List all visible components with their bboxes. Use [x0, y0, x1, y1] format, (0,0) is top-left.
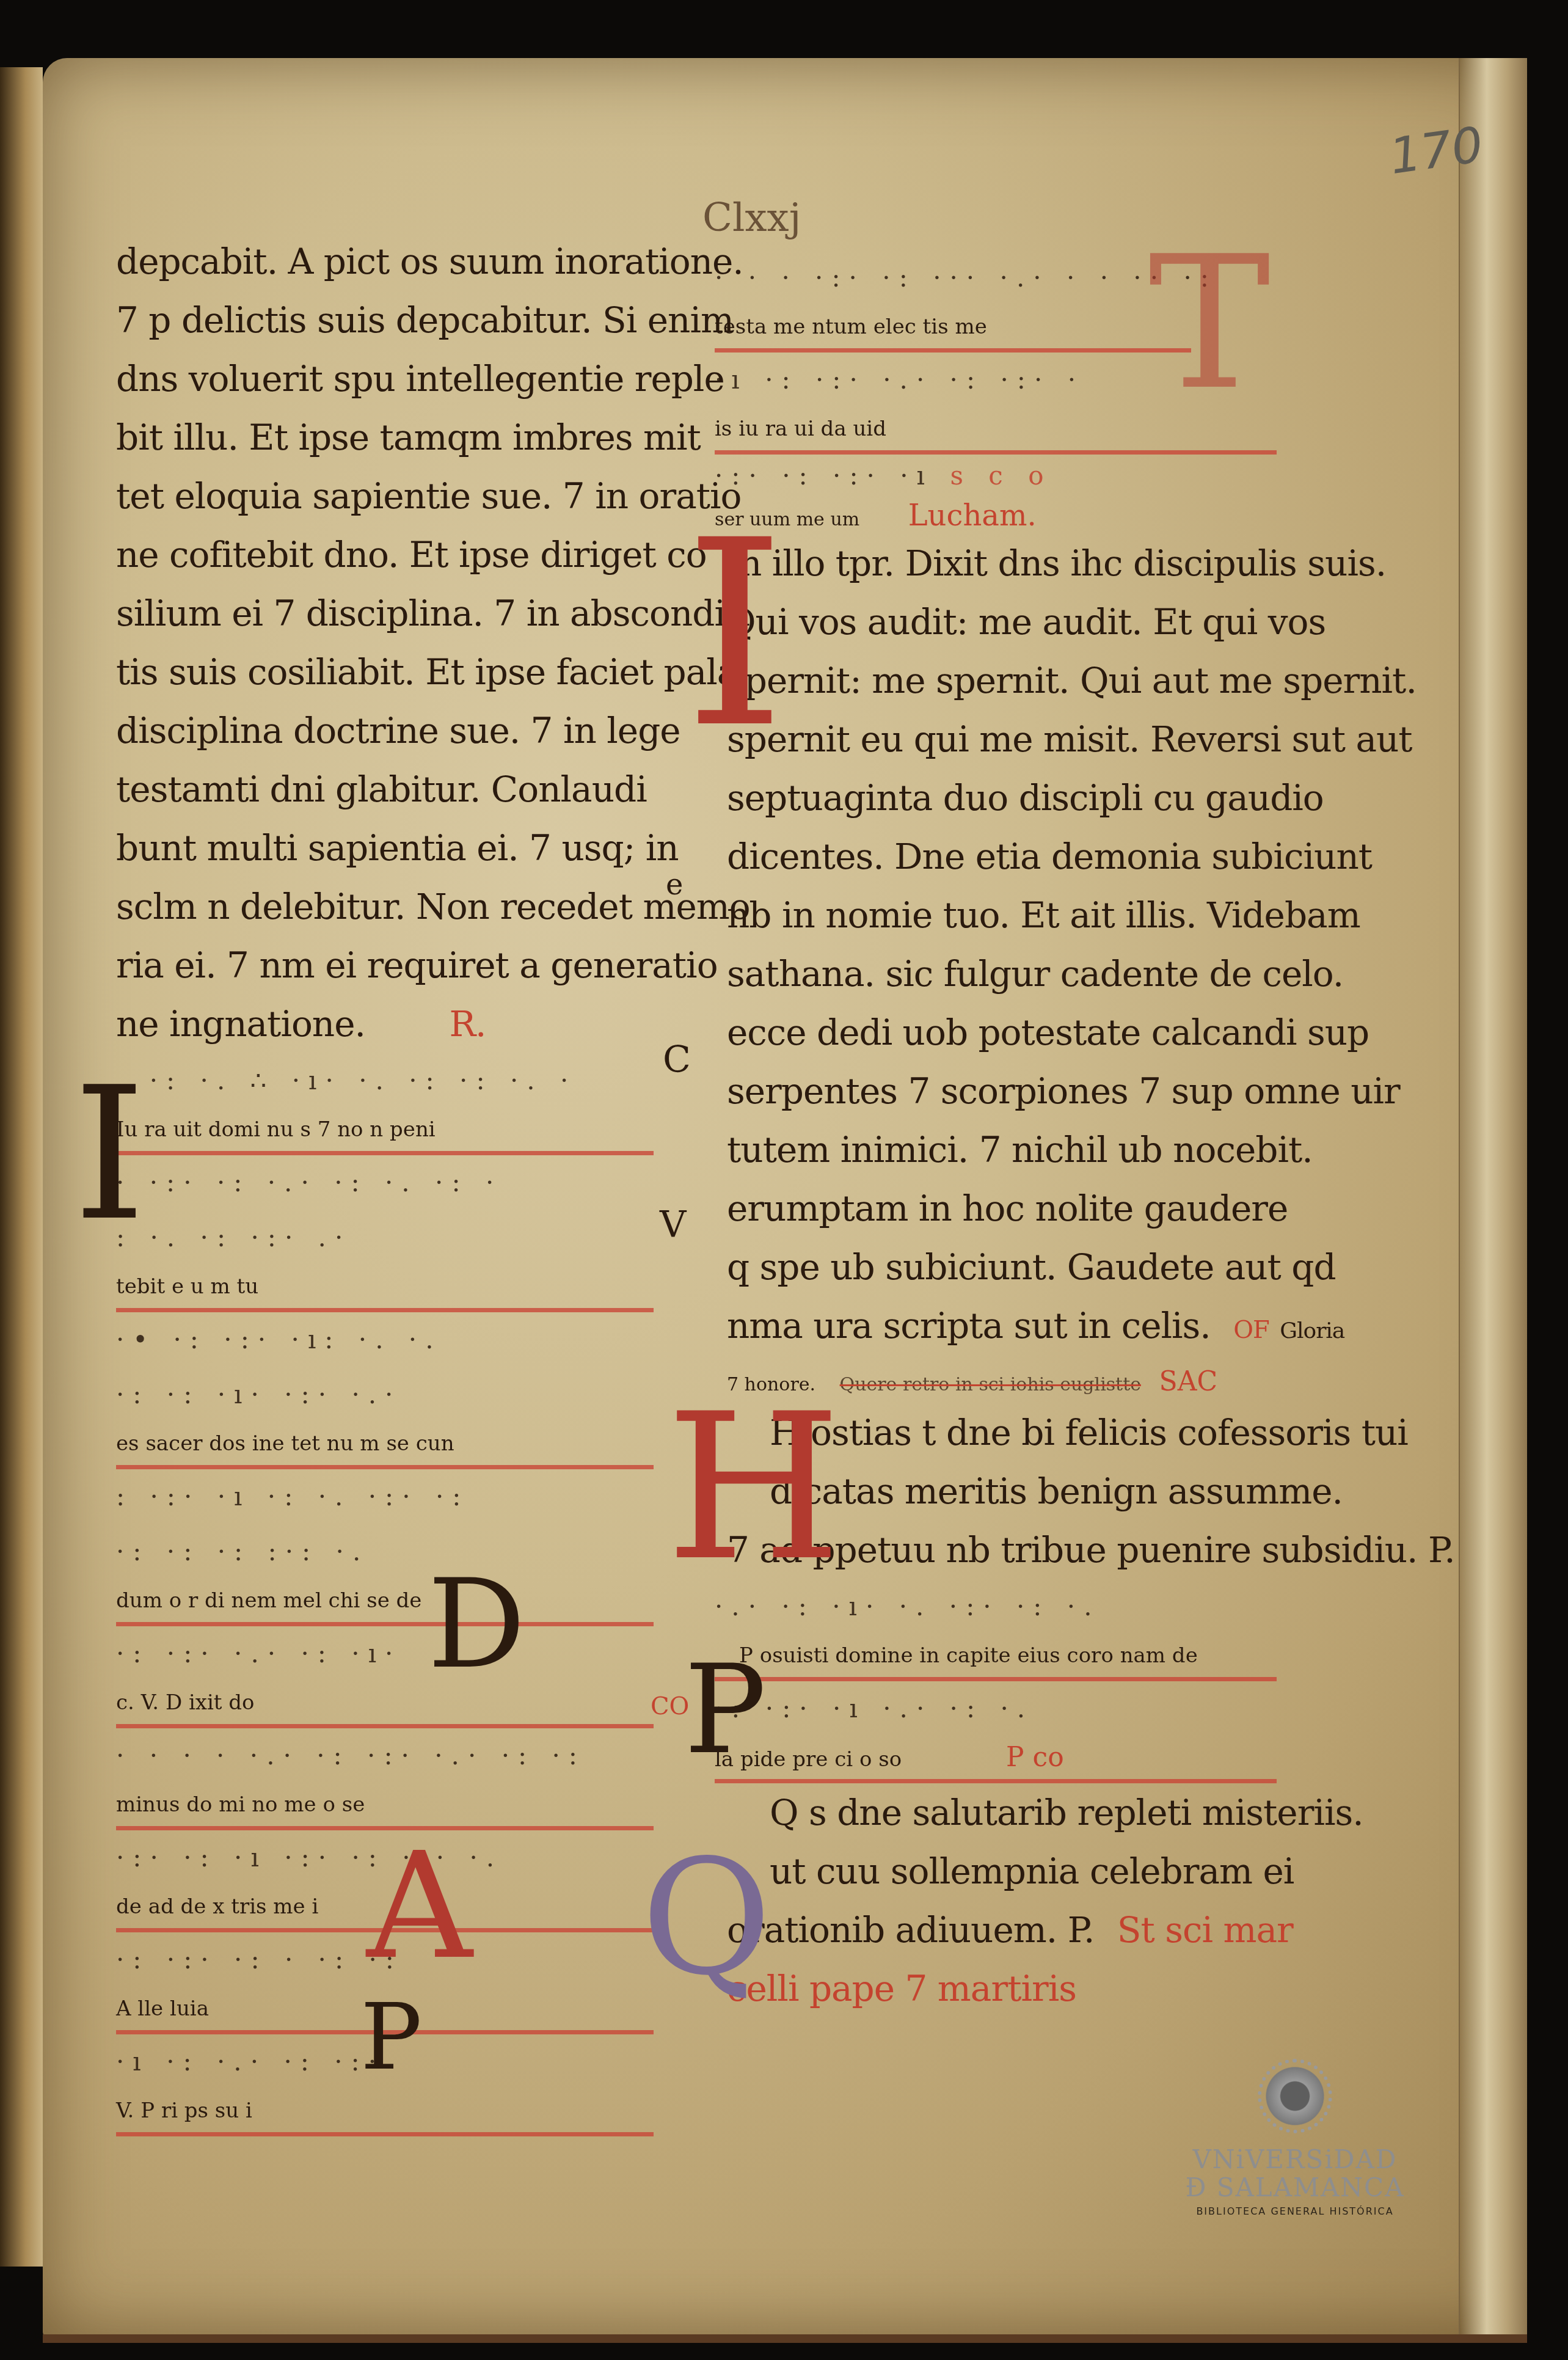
neume-row: ·: ·:· ·.· ·: ·ı·: [116, 1626, 654, 1681]
responsory-rubric: R.: [449, 1003, 486, 1045]
chant-lyric-line: c. V. D ixit do: [116, 1681, 654, 1728]
margin-letter: e: [666, 868, 683, 902]
closing-rubric: celli pape 7 martiris: [715, 1959, 1277, 2018]
university-watermark: VNiVERSiDAD Ð SALAMANCA BIBLIOTECA GENER…: [1136, 2059, 1454, 2217]
gospel-line: nb in nomie tuo. Et ait illis. Videbam: [715, 886, 1277, 944]
text-line: sclm n delebitur. Non recedet memo: [116, 877, 654, 936]
gospel-line: sathana. sic fulgur cadente de celo.: [715, 944, 1277, 1003]
watermark-line-2: Ð SALAMANCA: [1136, 2174, 1454, 2202]
text-line: ria ei. 7 nm ei requiret a generatio: [116, 936, 654, 995]
text-line: tet eloquia sapientie sue. 7 in oratio: [116, 467, 654, 525]
initial-D-dixit: D: [428, 1564, 525, 1686]
watermark-line-3: BIBLIOTECA GENERAL HISTÓRICA: [1136, 2205, 1454, 2217]
neume-row: ·: ·:· ·ı ·.· ·: ·.: [715, 1681, 1277, 1736]
communion-lyric-line: la pide pre ci o so P co: [715, 1736, 1277, 1783]
initial-H-hostias: H: [666, 1387, 842, 1588]
communion-rubric-2: P co: [1006, 1742, 1064, 1773]
university-seal-icon: [1258, 2059, 1332, 2133]
page-bottom-edge: [43, 2334, 1527, 2343]
text-line: ne cofitebit dno. Et ipse diriget co: [116, 525, 654, 584]
chant-lyric-line: V. P ri ps su i: [116, 2089, 654, 2136]
gospel-line: serpentes 7 scorpiones 7 sup omne uir: [715, 1062, 1277, 1120]
text-line: 7 p delictis suis depcabitur. Si enim: [116, 291, 654, 349]
text-line: testamti dni glabitur. Conlaudi: [116, 760, 654, 819]
text-line-content: ne ingnatione.: [116, 1003, 365, 1045]
communion-rubric: CO: [651, 1692, 689, 1720]
text-line: bunt multi sapientia ei. 7 usq; in: [116, 819, 654, 877]
initial-P-posuisti: P: [684, 1649, 767, 1772]
closing-rubric-start: St sci mar: [1117, 1909, 1293, 1951]
initial-I-iuravit: I: [73, 1063, 146, 1246]
margin-letter: C: [663, 1039, 691, 1081]
initial-Q-quaesumus: Q: [641, 1839, 771, 1998]
neume-row: ·: ·: ·: :·: ·.: [116, 1524, 654, 1579]
postcommunion-line: ut cuu sollempnia celebram ei: [715, 1842, 1277, 1901]
page-edge-stack: [1459, 58, 1527, 2337]
gospel-line: tutem inimici. 7 nichil ub nocebit.: [715, 1120, 1277, 1179]
text-line: silium ei 7 disciplina. 7 in absconditi: [116, 584, 654, 643]
neume-row: : ·. ·: ·:· .·: [116, 1210, 654, 1265]
gospel-rubric: Lucham.: [908, 499, 1037, 533]
initial-P-posuisti-left: P: [360, 1992, 422, 2083]
gospel-line: septuaginta duo discipli cu gaudio: [715, 769, 1277, 827]
postcommunion-line: orationib adiuuem. P. St sci mar: [715, 1901, 1277, 1959]
neume-row: · ·:· ·: ·.· ·: ·. ·: ·: [116, 1155, 654, 1210]
margin-letter: V: [660, 1204, 686, 1246]
watermark-line-1: VNiVERSiDAD: [1136, 2146, 1454, 2174]
neume-row: · · · · ·.· ·: ·:· ·.· ·: ·:: [116, 1728, 654, 1783]
initial-T-faded: T: [1148, 232, 1271, 415]
chant-lyric-line: dum o r di nem mel chi se de: [116, 1579, 654, 1626]
gospel-line: spernit: me spernit. Qui aut me spernit.: [715, 651, 1277, 710]
gospel-line: spernit eu qui me misit. Reversi sut aut: [715, 710, 1277, 769]
communion-lyric-line: P osuisti domine in capite eius coro nam…: [715, 1634, 1277, 1681]
gospel-line: erumptam in hoc nolite gaudere: [715, 1179, 1277, 1238]
postcommunion-text: orationib adiuuem. P.: [727, 1909, 1094, 1951]
chant-lyric-line: testa me ntum elec tis me: [715, 305, 1191, 353]
offertory-incipit: Gloria: [1280, 1318, 1344, 1343]
gospel-line: Qui vos audit: me audit. Et qui vos: [715, 593, 1277, 651]
text-line: dns voluerit spu intellegentie reple: [116, 349, 654, 408]
postcommunion-line: Q s dne salutarib repleti misteriis.: [715, 1783, 1277, 1842]
lyric-before-gospel: ser uum me um Lucham.: [715, 497, 1277, 534]
neume-row: ·:· ·: ·:· ·ı s c o: [715, 455, 1277, 497]
gospel-line: ecce dedi uob potestate calcandi sup: [715, 1003, 1277, 1062]
neume-row: : ·:· ·ı ·: ·. ·:· ·:: [116, 1469, 654, 1524]
gospel-line-content: nma ura scripta sut in celis.: [727, 1305, 1211, 1346]
text-line: bit illu. Et ipse tamqm imbres mit: [116, 408, 654, 467]
neume-row: ·• ·: ·:· ·ı: ·. ·.: [116, 1312, 654, 1367]
gospel-line: n illo tpr. Dixit dns ihc discipulis sui…: [715, 534, 1277, 593]
binding-edge: [0, 67, 43, 2267]
initial-A-alleluia: A: [366, 1833, 472, 1979]
chant-lyric-line: es sacer dos ine tet nu m se cun: [116, 1422, 654, 1469]
neume-row: . ·: ·. ∴ ·ı· ·. ·: ·: ·. ·: [116, 1053, 654, 1108]
struck-through-note: Quere retro in sci iohis euglistte: [840, 1374, 1141, 1395]
offertory-rubric: OF: [1233, 1316, 1269, 1344]
gospel-line: nma ura scripta sut in celis. OF Gloria: [715, 1296, 1277, 1361]
text-line: depcabit. A pict os suum inoratione.: [116, 232, 654, 291]
chant-lyric-line: tebit e u m tu: [116, 1265, 654, 1312]
gospel-line: dicentes. Dne etia demonia subiciunt: [715, 827, 1277, 886]
text-line: disciplina doctrine sue. 7 in lege: [116, 701, 654, 760]
secret-rubric: SAC: [1159, 1366, 1218, 1397]
gospel-line: q spe ub subiciunt. Gaudete aut qd: [715, 1238, 1277, 1296]
initial-I-in-illo: I: [684, 507, 786, 764]
text-line: ne ingnatione. R.: [116, 995, 654, 1053]
neume-row: ·: ·: ·ı· ·:· ·.·: [116, 1367, 654, 1422]
chant-lyric-line: Iu ra uit domi nu s 7 no n peni: [116, 1108, 654, 1155]
text-line: tis suis cosiliabit. Et ipse faciet pala: [116, 643, 654, 701]
right-column: · · · ·:· ·: ··· ·.· · · ·· ·: testa me …: [715, 183, 1277, 2018]
rubric-sco: s c o: [950, 461, 1052, 491]
